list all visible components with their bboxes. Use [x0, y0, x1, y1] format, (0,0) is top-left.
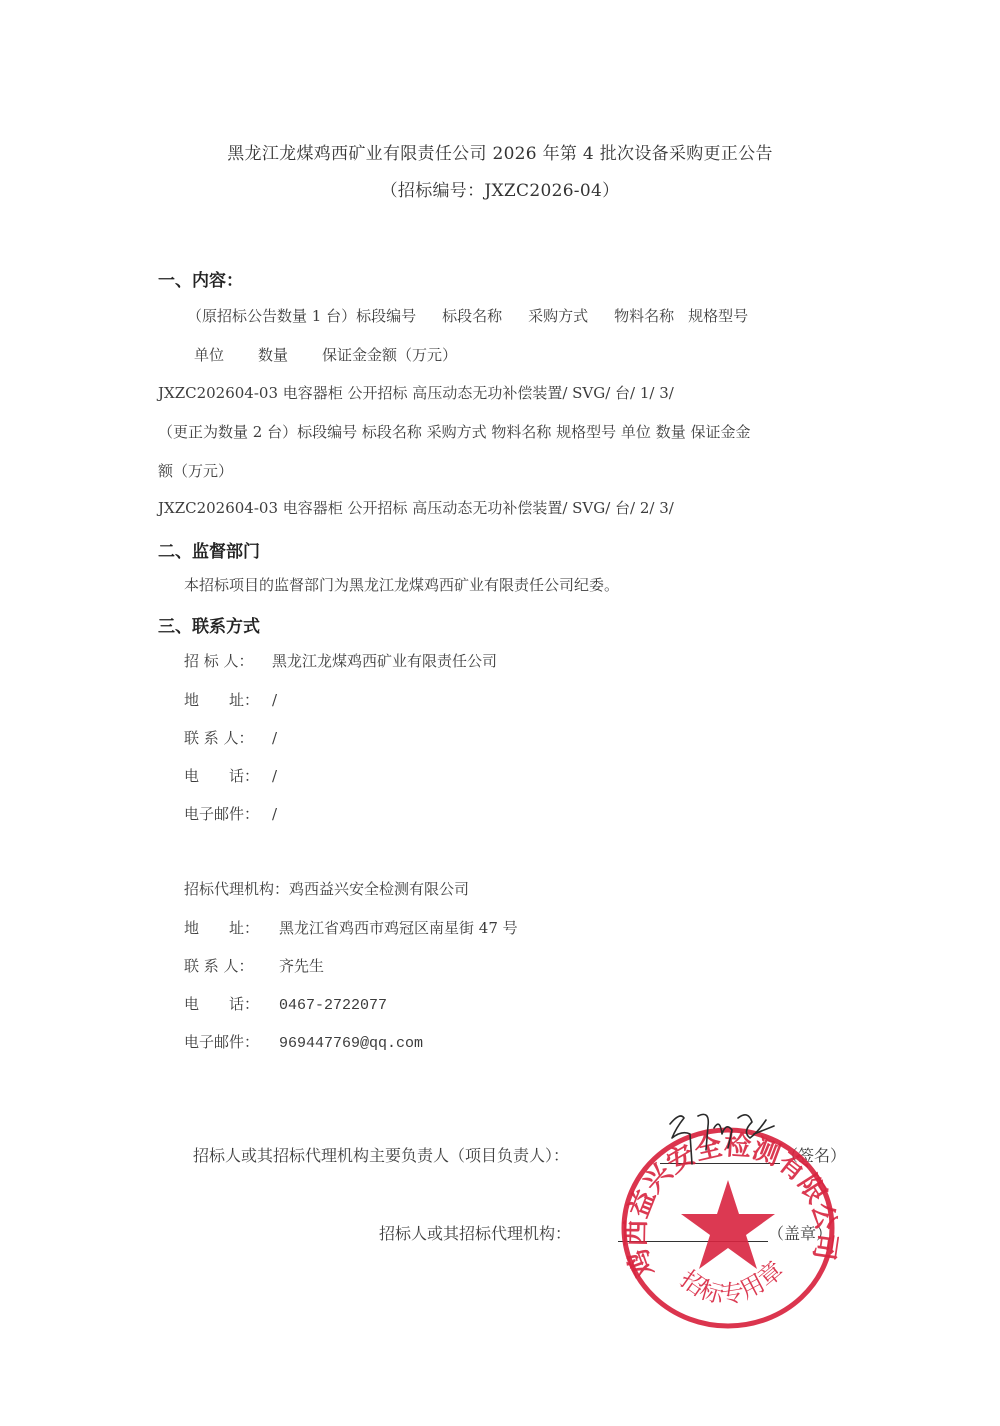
- tenderer-phone-row: 电 话：/: [184, 765, 277, 786]
- original-header-line2: 单位数量保证金金额（万元）: [194, 344, 457, 365]
- field-label: 地 址：: [184, 917, 279, 938]
- field-label: 地 址：: [184, 689, 272, 710]
- original-header-line1: （原招标公告数量 1 台）标段编号标段名称采购方式物料名称规格型号: [187, 305, 748, 326]
- document-page: 黑龙江龙煤鸡西矿业有限责任公司 2026 年第 4 批次设备采购更正公告 （招标…: [0, 0, 1000, 1426]
- tenderer-address-row: 地 址：/: [184, 689, 277, 710]
- field-label: 联 系 人：: [184, 955, 279, 976]
- section-content-heading: 一、内容：: [158, 266, 243, 291]
- supervision-text: 本招标项目的监督部门为黑龙江龙煤鸡西矿业有限责任公司纪委。: [184, 574, 619, 595]
- field-value: /: [272, 729, 277, 747]
- tender-number: （招标编号：JXZC2026-04）: [0, 176, 1000, 201]
- section-supervision-heading: 二、监督部门: [158, 537, 260, 562]
- col-header: 标段编号: [356, 307, 416, 325]
- field-label: 联 系 人：: [184, 727, 272, 748]
- field-label: 电 话：: [184, 993, 279, 1014]
- field-value: 鸡西益兴安全检测有限公司: [289, 880, 469, 898]
- agency-phone-row: 电 话：0467-2722077: [184, 993, 387, 1014]
- field-label: 招标代理机构：: [184, 880, 289, 898]
- col-header: 数量: [258, 346, 288, 364]
- field-label: 电子邮件：: [184, 1031, 279, 1052]
- col-header: 保证金金额（万元）: [322, 346, 457, 364]
- col-header: 规格型号: [688, 307, 748, 325]
- field-value: /: [272, 691, 277, 709]
- field-value: /: [272, 767, 277, 785]
- tenderer-contact-row: 联 系 人：/: [184, 727, 277, 748]
- corrected-header-line1: （更正为数量 2 台）标段编号 标段名称 采购方式 物料名称 规格型号 单位 数…: [158, 421, 750, 442]
- field-label: 招 标 人：: [184, 650, 272, 671]
- field-value: 齐先生: [279, 957, 324, 975]
- agency-contact-row: 联 系 人：齐先生: [184, 955, 324, 976]
- seal-org-label: 招标人或其招标代理机构：: [379, 1221, 571, 1244]
- col-header: 采购方式: [528, 307, 588, 325]
- col-header: 物料名称: [614, 307, 674, 325]
- field-label: 电 话：: [184, 765, 272, 786]
- field-value: 0467-2722077: [279, 997, 387, 1014]
- seal-center-text: 招标专用章: [675, 1256, 789, 1310]
- handwritten-signature-icon: [662, 1104, 782, 1184]
- email-link: /: [272, 805, 277, 823]
- section-contact-heading: 三、联系方式: [158, 612, 260, 637]
- corrected-row: JXZC202604-03 电容器柜 公开招标 高压动态无功补偿装置/ SVG/…: [158, 497, 674, 518]
- signature-person-label: 招标人或其招标代理机构主要负责人（项目负责人）：: [193, 1143, 569, 1166]
- svg-text:招标专用章: 招标专用章: [675, 1256, 789, 1310]
- original-row: JXZC202604-03 电容器柜 公开招标 高压动态无功补偿装置/ SVG/…: [158, 382, 674, 403]
- corrected-header-line2: 额（万元）: [158, 460, 233, 481]
- agency-name-row: 招标代理机构：鸡西益兴安全检测有限公司: [184, 878, 469, 899]
- agency-email-row: 电子邮件：969447769@qq.com: [184, 1031, 423, 1052]
- document-title: 黑龙江龙煤鸡西矿业有限责任公司 2026 年第 4 批次设备采购更正公告: [0, 139, 1000, 164]
- field-value: 黑龙江省鸡西市鸡冠区南星街 47 号: [279, 919, 518, 937]
- tenderer-email-row: 电子邮件：/: [184, 803, 277, 824]
- field-label: 电子邮件：: [184, 803, 272, 824]
- email-link[interactable]: 969447769@qq.com: [279, 1035, 423, 1052]
- col-header: 标段名称: [442, 307, 502, 325]
- tenderer-name-row: 招 标 人：黑龙江龙煤鸡西矿业有限责任公司: [184, 650, 497, 671]
- agency-address-row: 地 址：黑龙江省鸡西市鸡冠区南星街 47 号: [184, 917, 518, 938]
- field-value: 黑龙江龙煤鸡西矿业有限责任公司: [272, 652, 497, 670]
- col-header: 单位: [194, 346, 224, 364]
- original-prefix: （原招标公告数量 1 台）: [187, 307, 356, 325]
